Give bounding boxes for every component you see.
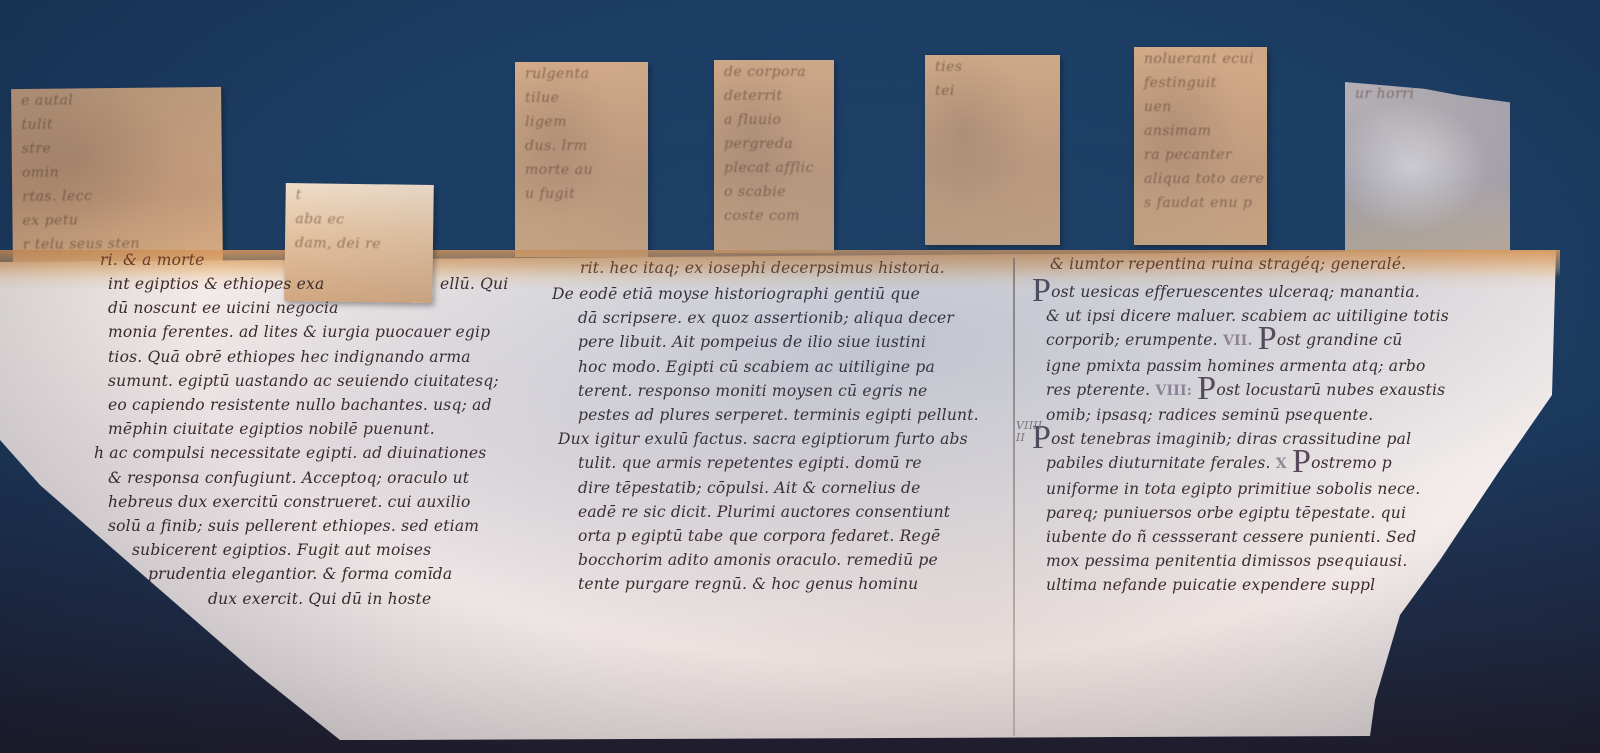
photo-stage: e autal tulit stre omin rtas. lecc ex pe… xyxy=(0,0,1600,753)
strip-text: dus. lrm xyxy=(515,134,648,158)
text-line: solū a finib; suis pellerent ethiopes. s… xyxy=(108,514,499,538)
strip-text: noluerant ecui xyxy=(1134,47,1267,71)
strip-text: ex petu xyxy=(12,207,222,233)
text-line: dire tēpestatib; cōpulsi. Ait & corneliu… xyxy=(578,476,979,500)
strip-text: aba ec xyxy=(285,207,433,233)
parchment-strip-1: e autal tulit stre omin rtas. lecc ex pe… xyxy=(11,87,223,267)
strip-text: morte au xyxy=(515,158,648,182)
initial-p: P xyxy=(1258,320,1277,357)
text-line: pere libuit. Ait pompeius de ilio siue i… xyxy=(578,330,979,354)
strip-text: rtas. lecc xyxy=(12,183,222,209)
text-line: tios. Quā obrē ethiopes hec indignando a… xyxy=(108,345,499,369)
strip-text: de corpora xyxy=(714,60,834,84)
text-line: bocchorim adito amonis oraculo. remediū … xyxy=(578,548,979,572)
text-line: hebreus dux exercitū construeret. cui au… xyxy=(108,490,499,514)
text-line: sumunt. egiptū uastando ac seuiendo ciui… xyxy=(108,369,499,393)
text-line: mox pessima penitentia dimissos psequiau… xyxy=(1046,549,1449,573)
strip-text: tulit xyxy=(11,111,221,137)
strip-text: ligem xyxy=(515,110,648,134)
strip-text: pergreda xyxy=(714,132,834,156)
text-line: & responsa confugiunt. Acceptoq; oraculo… xyxy=(108,466,499,490)
strip-text: s faudat enu p xyxy=(1134,191,1267,215)
initial-p: P xyxy=(1292,443,1311,480)
strip-text: ra pecanter xyxy=(1134,143,1267,167)
strip-text: e autal xyxy=(11,87,221,113)
margin-numerals: VIIII II xyxy=(1016,420,1042,444)
text-column-1: int egiptios & ethiopes exa dū noscunt e… xyxy=(108,272,499,611)
strip-text: plecat afflic xyxy=(714,156,834,180)
text-line: dā scripsere. ex quoz assertionib; aliqu… xyxy=(578,306,979,330)
strip-text: o scabie xyxy=(714,180,834,204)
initial-p: P xyxy=(1197,370,1216,407)
text-column-3: Post uesicas efferuescentes ulceraq; man… xyxy=(1032,280,1449,598)
strip-text: u fugit xyxy=(515,182,648,206)
text-line: corporib; erumpente. VII. Post grandine … xyxy=(1046,328,1449,353)
text-line: ultima nefande puicatie expendere suppl xyxy=(1046,573,1449,597)
text-line: mēphin ciuitate egiptios nobilē puenunt. xyxy=(108,417,499,441)
strip-text: rulgenta xyxy=(515,62,648,86)
text-line: subicerent egiptios. Fugit aut moises xyxy=(132,538,499,562)
strip-text: ties xyxy=(925,55,1060,79)
text-line: uniforme in tota egipto primitiue soboli… xyxy=(1046,477,1449,501)
strip-text: t xyxy=(285,183,433,209)
text-line: Post uesicas efferuescentes ulceraq; man… xyxy=(1032,280,1449,304)
strip-text: aliqua toto aere xyxy=(1134,167,1267,191)
text-line: h ac compulsi necessitate egipti. ad diu… xyxy=(94,441,499,465)
parchment-strip-5: ties tei xyxy=(925,55,1060,245)
text-line: pestes ad plures serperet. terminis egip… xyxy=(578,403,979,427)
text-line: Dux igitur exulū factus. sacra egiptioru… xyxy=(558,427,979,451)
text-line: tente purgare regnū. & hoc genus hominu xyxy=(578,572,979,596)
text-line: Post tenebras imaginib; diras crassitudi… xyxy=(1032,427,1449,451)
parchment-strip-4: de corpora deterrit a fluuio pergreda pl… xyxy=(714,60,834,253)
strip-text: tei xyxy=(925,79,1060,103)
text-line: res pterente. VIII: Post locustarū nubes… xyxy=(1046,378,1449,403)
stained-line-right: & iumtor repentina ruina stragéq; genera… xyxy=(1050,252,1406,276)
strip-text: stre xyxy=(12,135,222,161)
strip-text: dam, dei re xyxy=(285,231,433,257)
text-line: & ut ipsi dicere maluer. scabiem ac uiti… xyxy=(1046,304,1449,328)
text-line: prudentia elegantior. & forma comīda xyxy=(148,562,499,586)
strip-text: ansimam xyxy=(1134,119,1267,143)
text-line: igne pmixta passim homines armenta atq; … xyxy=(1046,354,1449,378)
strip-text: uen xyxy=(1134,95,1267,119)
text-line: iubente do ñ cessserant cessere punienti… xyxy=(1046,525,1449,549)
text-fragment: ellū. Qui xyxy=(440,272,508,296)
stained-line-middle: rit. hec itaq; ex iosephi decerpsimus hi… xyxy=(580,256,945,280)
parchment-strip-6: noluerant ecui festinguit uen ansimam ra… xyxy=(1134,47,1267,245)
text-column-2: De eodē etiā moyse historiographi gentiū… xyxy=(552,282,979,597)
text-line: tulit. que armis repetentes egipti. domū… xyxy=(578,451,979,475)
text-line: hoc modo. Egipti cū scabiem ac uitiligin… xyxy=(578,355,979,379)
strip-text: deterrit xyxy=(714,84,834,108)
text-line: pareq; puniuersos orbe egiptu tēpestate.… xyxy=(1046,501,1449,525)
rubric-numeral: VIII: xyxy=(1155,383,1192,399)
parchment-strip-7: ur horri xyxy=(1345,82,1510,252)
text-line: De eodē etiā moyse historiographi gentiū… xyxy=(552,282,979,306)
text-line: terent. responso moniti moysen cū egris … xyxy=(578,379,979,403)
stained-line-left: ri. & a morte xyxy=(100,248,205,272)
rubric-numeral: VII. xyxy=(1223,333,1253,349)
strip-text: coste com xyxy=(714,204,834,228)
strip-text: tilue xyxy=(515,86,648,110)
strip-text: omin xyxy=(12,159,222,185)
strip-text: ur horri xyxy=(1345,82,1510,106)
text-line: dū noscunt ee uicini negocia xyxy=(108,296,499,320)
fold-line xyxy=(1013,258,1015,736)
text-line: monia ferentes. ad lites & iurgia puocau… xyxy=(108,320,499,344)
strip-text: festinguit xyxy=(1134,71,1267,95)
text-line: eo capiendo resistente nullo bachantes. … xyxy=(108,393,499,417)
text-line: omib; ipsasq; radices seminū psequente. xyxy=(1046,403,1449,427)
text-line: eadē re sic dicit. Plurimi auctores cons… xyxy=(578,500,979,524)
text-line: orta p egiptū tabe que corpora fedaret. … xyxy=(578,524,979,548)
strip-text: a fluuio xyxy=(714,108,834,132)
rubric-numeral: X xyxy=(1276,456,1287,472)
text-line: pabiles diuturnitate ferales. X Postremo… xyxy=(1046,451,1449,476)
text-line: dux exercit. Qui dū in hoste xyxy=(208,587,499,611)
parchment-strip-3: rulgenta tilue ligem dus. lrm morte au u… xyxy=(515,62,648,257)
